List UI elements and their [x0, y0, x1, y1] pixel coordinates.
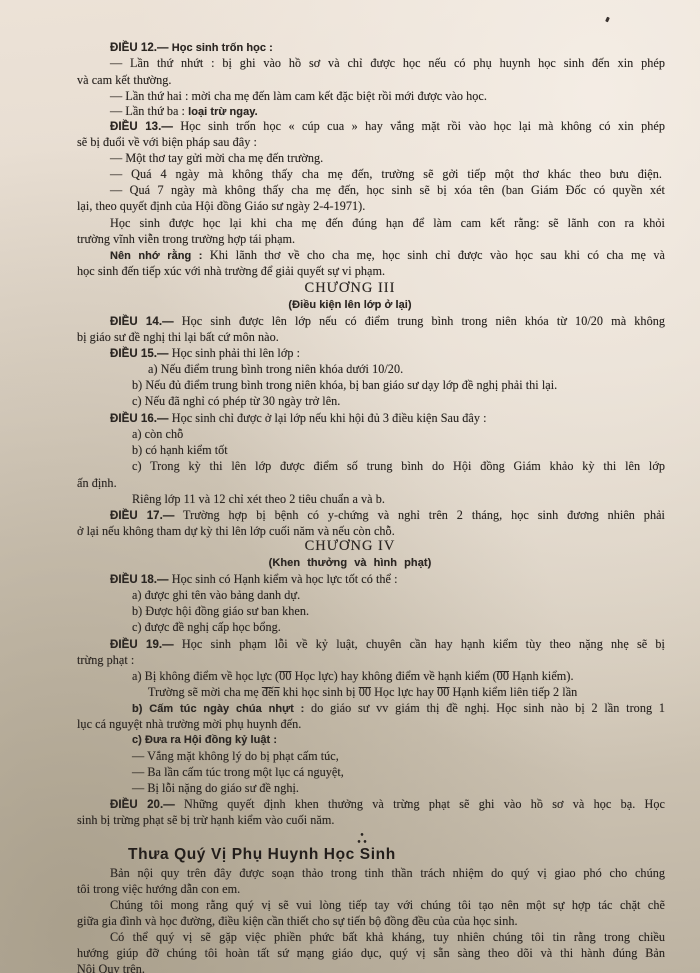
chapter-3-title: CHƯƠNG III — [0, 281, 700, 295]
article-16-note: Riêng lớp 11 và 12 chỉ xét theo 2 tiêu c… — [132, 492, 385, 506]
article-19-item-b: b) Cấm túc ngày chúa nhựt : do giáo sư v… — [132, 701, 665, 716]
article-15-item: c) Nếu đã nghỉ có phép từ 30 ngày trở lê… — [132, 394, 340, 408]
article-16-item: ấn định. — [77, 476, 117, 490]
article-13-note: Nên nhớ rằng : Khi lãnh thơ về cho cha m… — [110, 248, 665, 263]
text: Trường sẽ mời cha mẹ — [148, 685, 262, 699]
article-label: ĐIỀU 18.— — [110, 574, 169, 586]
text: a) Bị không điểm về học lực ( — [132, 669, 279, 683]
text: khi học sinh bị — [280, 685, 359, 699]
article-label: ĐIỀU 12.— — [110, 42, 169, 54]
article-label: ĐIỀU 14.— — [110, 316, 174, 328]
article-18-item: b) Được hội đồng giáo sư ban khen. — [132, 604, 309, 618]
article-text: Học sinh trốn học « cúp cua » hay vắng m… — [180, 119, 665, 133]
asterism-divider: •• • — [352, 832, 372, 846]
article-text: Học sinh phạm lỗi về kỷ luật, chuyên cần… — [182, 637, 665, 651]
greeting-paragraph: hướng giúp đỡ chúng tôi hoàn tất sứ mạng… — [77, 946, 665, 960]
note-label: Nên nhớ rằng : — [110, 250, 202, 262]
greeting-paragraph: Nội Quy trên. — [77, 962, 145, 973]
article-13-item: — Quá 4 ngày mà không thấy cha mẹ đến, t… — [110, 167, 662, 181]
article-16-item: b) có hạnh kiểm tốt — [132, 443, 228, 457]
document-page: ĐIỀU 12.— Học sinh trốn học : — Lần thứ … — [0, 0, 700, 973]
article-12-line: — Lần thứ hai : mời cha mẹ đến làm cam k… — [110, 89, 487, 103]
zero-score: 00 — [437, 685, 449, 699]
article-12-heading: ĐIỀU 12.— Học sinh trốn học : — [110, 40, 273, 55]
article-18-item: c) được đề nghị cấp học bổng. — [132, 620, 281, 634]
greeting-paragraph: Có thể quý vị sẽ gặp việc phiền phức bất… — [110, 930, 665, 944]
underlined-word: đến — [262, 685, 280, 699]
article-15-item: b) Nếu đủ điểm trung bình trong niên khó… — [132, 378, 557, 392]
text: Học lực hay — [371, 685, 437, 699]
article-17-heading: ĐIỀU 17.— Trường hợp bị bệnh có y-chứng … — [110, 508, 665, 523]
article-12-third-label: — Lần thứ ba : — [110, 104, 185, 118]
chapter-3-subtitle: (Điều kiện lên lớp ở lại) — [0, 298, 700, 312]
article-13-paragraph: trường vĩnh viễn trong trường hợp tái ph… — [77, 232, 295, 246]
article-13-line: sẽ bị đuổi về với biện pháp sau đây : — [77, 135, 257, 149]
greeting-title: Thưa Quý Vị Phụ Huynh Học Sinh — [128, 846, 396, 864]
article-15-heading: ĐIỀU 15.— Học sinh phải thi lên lớp : — [110, 346, 300, 361]
article-13-heading: ĐIỀU 13.— Học sinh trốn học « cúp cua » … — [110, 119, 665, 134]
note-text: Khi lãnh thơ về cho cha mẹ, học sinh chỉ… — [210, 248, 665, 262]
article-18-item: a) được ghi tên vào bảng danh dự. — [132, 588, 300, 602]
article-12-line: — Lần thứ nhứt : bị ghi vào hồ sơ và chỉ… — [110, 56, 665, 70]
article-19-subitem: — Ba lần cấm túc trong một lục cá nguyệt… — [132, 765, 344, 779]
article-label: ĐIỀU 19.— — [110, 639, 174, 651]
chapter-4-subtitle: (Khen thưởng và hình phạt) — [0, 556, 700, 570]
article-17-line: ở lại nếu không tham dự kỳ thi lên lớp c… — [77, 524, 395, 538]
article-16-item: c) Trong kỳ thi lên lớp được điểm số tru… — [132, 459, 665, 473]
article-20-line: sinh bị trừng phạt sẽ bị trừ hạnh kiểm v… — [77, 813, 334, 827]
article-text: Những quyết định khen thưởng và trừng ph… — [184, 797, 665, 811]
article-label: ĐIỀU 20.— — [110, 799, 175, 811]
greeting-paragraph: tôi trong việc hướng dẫn con em. — [77, 882, 240, 896]
article-title: Học sinh chỉ được ở lại lớp nếu khi hội … — [172, 411, 487, 425]
article-title: Học sinh trốn học : — [172, 42, 273, 54]
chapter-4-title: CHƯƠNG IV — [0, 539, 700, 553]
article-14-line: bị giáo sư đề nghị thi lại bất cứ môn nà… — [77, 330, 279, 344]
article-15-item: a) Nếu điểm trung bình trong niên khóa d… — [148, 362, 403, 376]
text: Học lực) hay không điểm về hạnh kiểm ( — [291, 669, 496, 683]
greeting-paragraph: Chúng tôi mong rằng quý vị sẽ vui lòng t… — [110, 898, 665, 912]
article-13-item: — Quá 7 ngày mà không thấy cha mẹ đến, h… — [110, 183, 665, 197]
article-14-heading: ĐIỀU 14.— Học sinh được lên lớp nếu có đ… — [110, 314, 665, 329]
greeting-paragraph: Bản nội quy trên đây được soạn thảo tron… — [110, 866, 665, 880]
article-text: Trường hợp bị bệnh có y-chứng và nghỉ tr… — [183, 508, 665, 522]
item-label: b) Cấm túc ngày chúa nhựt : — [132, 703, 304, 715]
article-19-item-a: a) Bị không điểm về học lực (00 Học lực)… — [132, 669, 574, 683]
article-13-note: học sinh đến tiếp xúc với nhà trường để … — [77, 264, 385, 278]
article-20-heading: ĐIỀU 20.— Những quyết định khen thưởng v… — [110, 797, 665, 812]
article-19-item-c: c) Đưa ra Hội đồng kỷ luật : — [132, 733, 277, 747]
article-12-line: và cam kết thường. — [77, 73, 172, 87]
article-18-heading: ĐIỀU 18.— Học sinh có Hạnh kiểm và học l… — [110, 572, 398, 587]
article-19-item-a-note: Trường sẽ mời cha mẹ đến khi học sinh bị… — [148, 685, 577, 699]
article-label: ĐIỀU 17.— — [110, 510, 174, 522]
article-label: ĐIỀU 15.— — [110, 348, 169, 360]
text: Hạnh kiểm liên tiếp 2 lần — [449, 685, 577, 699]
text: Hạnh kiểm). — [509, 669, 574, 683]
article-12-line: — Lần thứ ba : loại trừ ngay. — [110, 104, 258, 119]
zero-score: 00 — [497, 669, 509, 683]
article-19-subitem: — Bị lỗi nặng do giáo sư đề nghị. — [132, 781, 299, 795]
article-title: Học sinh phải thi lên lớp : — [172, 346, 300, 360]
article-title: Học sinh có Hạnh kiểm và học lực tốt có … — [172, 572, 398, 586]
article-label: ĐIỀU 16.— — [110, 413, 169, 425]
zero-score: 00 — [279, 669, 291, 683]
article-16-heading: ĐIỀU 16.— Học sinh chỉ được ở lại lớp nế… — [110, 411, 487, 426]
article-19-subitem: — Vắng mặt không lý do bị phạt cấm túc, — [132, 749, 339, 763]
article-19-heading: ĐIỀU 19.— Học sinh phạm lỗi về kỷ luật, … — [110, 637, 665, 652]
article-text: Học sinh được lên lớp nếu có điểm trung … — [182, 314, 665, 328]
item-text: do giáo sư vv giám thị đề nghị. Học sinh… — [311, 701, 665, 715]
article-12-third-bold: loại trừ ngay. — [188, 106, 258, 118]
article-19-line: trừng phạt : — [77, 653, 134, 667]
ink-speck — [605, 17, 610, 23]
article-19-item-b: lục cá nguyệt nhà trường mời phụ huynh đ… — [77, 717, 301, 731]
article-13-paragraph: Học sinh được học lại khi cha mẹ đến đún… — [110, 216, 665, 230]
greeting-paragraph: giữa gia đình và học đường, điều kiện cầ… — [77, 914, 518, 928]
article-13-item: lại, theo quyết định của Hội đồng Giáo s… — [77, 199, 365, 213]
article-16-item: a) còn chỗ — [132, 427, 183, 441]
article-13-item: — Một thơ tay gửi mời cha mẹ đến trường. — [110, 151, 323, 165]
zero-score: 00 — [359, 685, 371, 699]
article-label: ĐIỀU 13.— — [110, 121, 173, 133]
